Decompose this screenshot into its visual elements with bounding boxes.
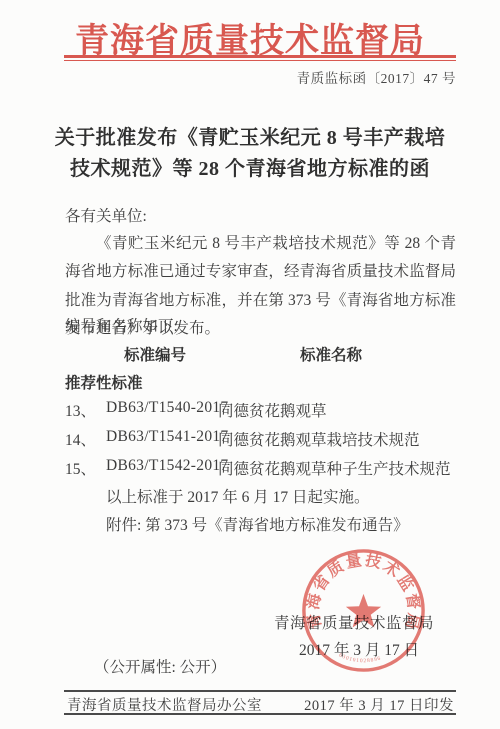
letterhead-rule-thick <box>64 55 456 58</box>
standard-code: DB63/T1540-2017 <box>106 399 228 417</box>
column-header-standard-code: 标准编号 <box>124 343 186 365</box>
footer-rule-top <box>64 690 456 692</box>
standard-row: 14、 DB63/T1541-2017 同德贫花鹅观草栽培技术规范 <box>0 428 500 450</box>
attachment-line: 附件: 第 373 号《青海省地方标准发布通告》 <box>106 513 409 535</box>
doc-number: 青质监标函〔2017〕47 号 <box>297 67 456 87</box>
document-title-line1: 关于批准发布《青贮玉米纪元 8 号丰产栽培 <box>0 123 500 154</box>
seal-serial-number: 630101028896 <box>338 652 382 664</box>
salutation: 各有关单位: <box>65 204 147 226</box>
document-title-line2: 技术规范》等 28 个青海省地方标准的函 <box>0 154 500 185</box>
document-title: 关于批准发布《青贮玉米纪元 8 号丰产栽培 技术规范》等 28 个青海省地方标准… <box>0 123 500 185</box>
footer-issuing-office: 青海省质量技术监督局办公室 <box>67 694 262 715</box>
seal-star-icon <box>346 594 381 628</box>
svg-text:青海省质量技术监督局: 青海省质量技术监督局 <box>303 550 423 633</box>
section-label-recommended-standards: 推荐性标准 <box>65 371 143 393</box>
implementation-line: 以上标准于 2017 年 6 月 17 日起实施。 <box>106 485 370 507</box>
standard-code: DB63/T1542-2017 <box>106 457 228 475</box>
standard-name: 同德贫花鹅观草栽培技术规范 <box>218 428 420 450</box>
letterhead-rule-thin <box>64 60 456 61</box>
row-number: 14、 <box>65 428 96 450</box>
standard-row: 15、 DB63/T1542-2017 同德贫花鹅观草种子生产技术规范 <box>0 457 500 479</box>
svg-text:630101028896: 630101028896 <box>338 652 382 664</box>
disclosure-note: （公开属性: 公开） <box>94 655 226 677</box>
column-header-standard-name: 标准名称 <box>300 343 362 365</box>
row-number: 15、 <box>65 457 96 479</box>
footer-rule-bottom <box>64 713 456 715</box>
lead-line: 编号和名称如下: <box>65 314 178 336</box>
official-seal: 青海省质量技术监督局 630101028896 <box>300 547 427 674</box>
standard-code: DB63/T1541-2017 <box>106 428 228 446</box>
standard-row: 13、 DB63/T1540-2017 同德贫花鹅观草 <box>0 399 500 421</box>
standard-name: 同德贫花鹅观草种子生产技术规范 <box>218 457 451 479</box>
seal-ring-text: 青海省质量技术监督局 <box>303 550 423 633</box>
row-number: 13、 <box>65 399 96 421</box>
standard-name: 同德贫花鹅观草 <box>218 399 327 421</box>
document-page: 青海省质量技术监督局 青质监标函〔2017〕47 号 关于批准发布《青贮玉米纪元… <box>0 0 500 729</box>
footer-print-date: 2017 年 3 月 17 日印发 <box>304 694 454 715</box>
